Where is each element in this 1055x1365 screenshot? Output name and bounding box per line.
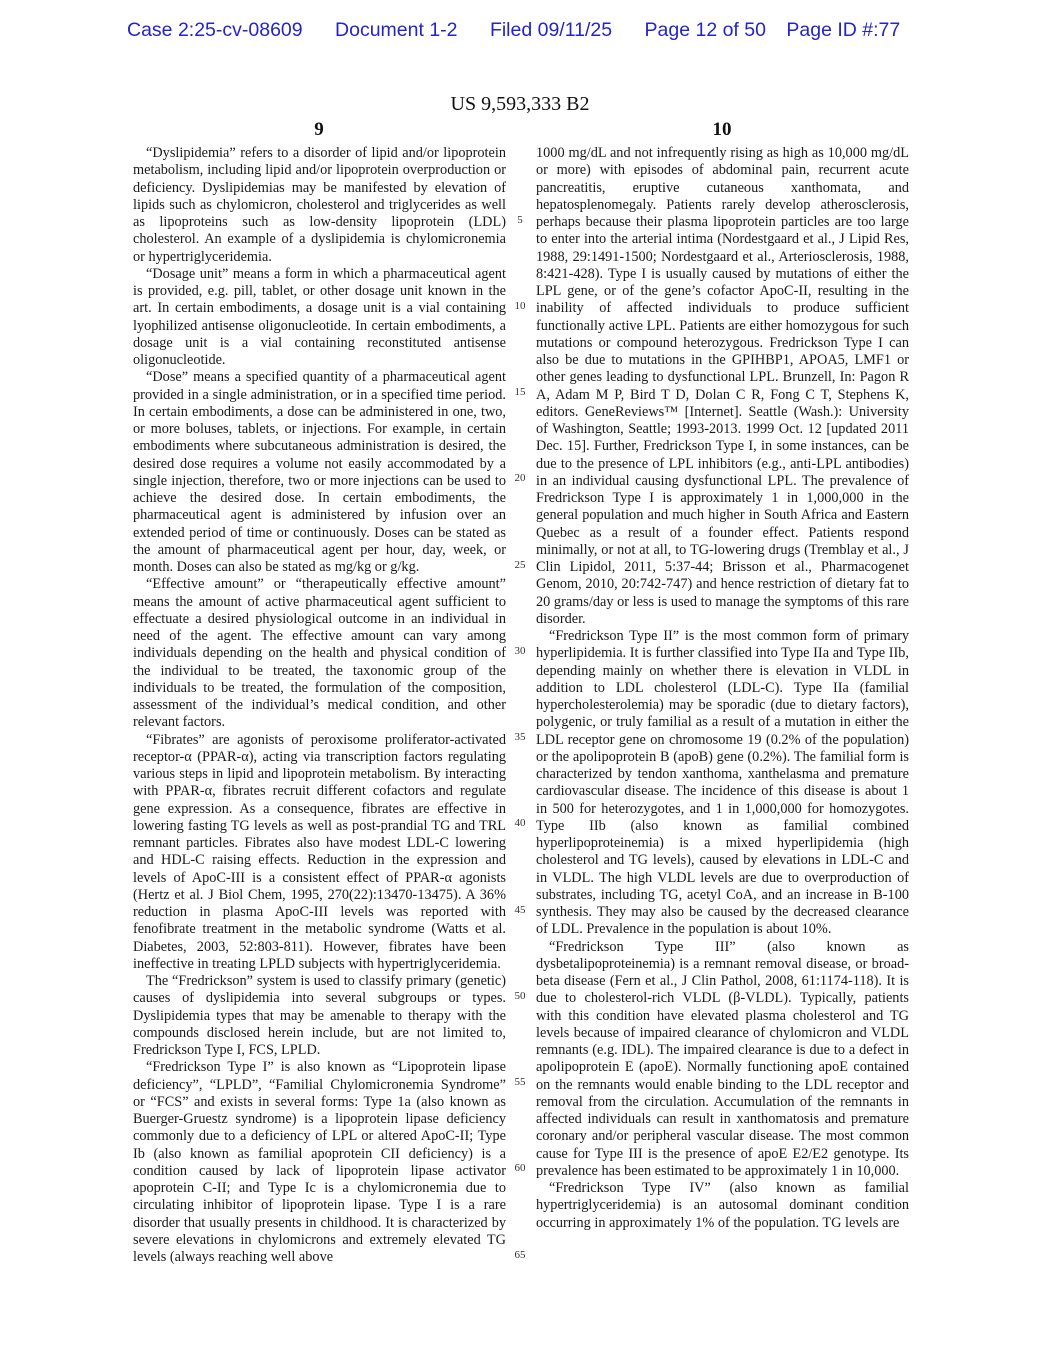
- case-number: Case 2:25-cv-08609: [127, 19, 303, 42]
- paragraph-dosage-unit: “Dosage unit” means a form in which a ph…: [133, 266, 506, 370]
- paragraph-dyslipidemia: “Dyslipidemia” refers to a disorder of l…: [133, 145, 506, 266]
- line-number: 30: [506, 645, 534, 657]
- line-number: 25: [506, 559, 534, 571]
- left-column-number: 9: [289, 119, 349, 141]
- line-number: 10: [506, 300, 534, 312]
- line-number: 45: [506, 904, 534, 916]
- page-count: Page 12 of 50: [645, 19, 766, 42]
- paragraph-dose: “Dose” means a specified quantity of a p…: [133, 369, 506, 576]
- line-number: 40: [506, 817, 534, 829]
- line-number: 5: [506, 214, 534, 226]
- document-number: Document 1-2: [335, 19, 457, 42]
- right-column: 1000 mg/dL and not infrequently rising a…: [536, 145, 909, 1232]
- right-column-number: 10: [692, 119, 752, 141]
- line-number: 50: [506, 990, 534, 1002]
- paragraph-fibrates: “Fibrates” are agonists of peroxisome pr…: [133, 732, 506, 974]
- line-number: 60: [506, 1162, 534, 1174]
- line-number: 15: [506, 386, 534, 398]
- line-number: 55: [506, 1076, 534, 1088]
- left-column: “Dyslipidemia” refers to a disorder of l…: [133, 145, 506, 1266]
- paragraph-fredrickson-type-i: “Fredrickson Type I” is also known as “L…: [133, 1059, 506, 1266]
- paragraph-fredrickson-type-ii: “Fredrickson Type II” is the most common…: [536, 628, 909, 939]
- filed-date: Filed 09/11/25: [490, 19, 612, 42]
- paragraph-effective-amount: “Effective amount” or “therapeutically e…: [133, 576, 506, 731]
- page-id: Page ID #:77: [786, 19, 900, 42]
- paragraph-fredrickson-system: The “Fredrickson” system is used to clas…: [133, 973, 506, 1059]
- line-number: 65: [506, 1249, 534, 1261]
- line-number: 35: [506, 731, 534, 743]
- paragraph-type-i-continued: 1000 mg/dL and not infrequently rising a…: [536, 145, 909, 628]
- paragraph-fredrickson-type-iv: “Fredrickson Type IV” (also known as fam…: [536, 1180, 909, 1232]
- court-filing-header: Case 2:25-cv-08609 Document 1-2 Filed 09…: [127, 19, 947, 42]
- paragraph-fredrickson-type-iii: “Fredrickson Type III” (also known as dy…: [536, 939, 909, 1181]
- patent-number: US 9,593,333 B2: [0, 93, 1040, 116]
- line-number: 20: [506, 472, 534, 484]
